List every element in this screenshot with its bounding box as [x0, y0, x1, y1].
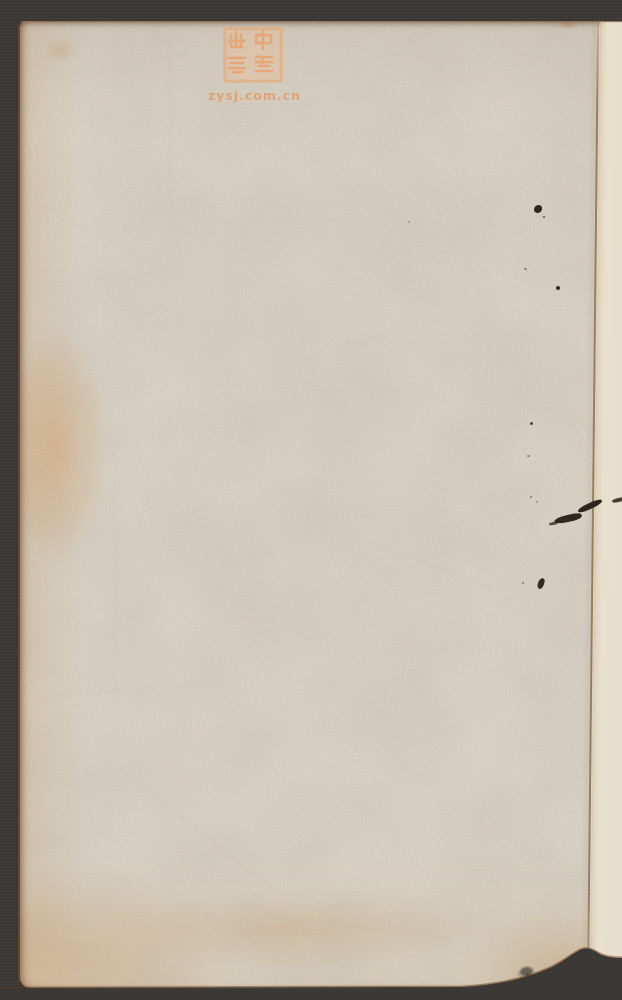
page-bottom-edge	[0, 935, 622, 1000]
watermark: zysj.com.cn	[208, 27, 298, 103]
watermark-seal	[223, 27, 283, 83]
ink-speck	[543, 216, 545, 218]
ink-speck	[530, 496, 532, 498]
ink-speck	[530, 422, 533, 425]
paper-grain-texture	[20, 22, 622, 988]
book-page: zysj.com.cn	[18, 21, 622, 988]
ink-stroke	[554, 512, 583, 525]
ink-speck	[408, 221, 410, 223]
paper-crease	[120, 771, 280, 897]
paper-crease	[170, 32, 173, 232]
paper-crease	[76, 226, 194, 286]
ink-speck	[556, 286, 560, 290]
paper-crease	[115, 442, 118, 702]
paper-crease	[35, 684, 220, 700]
ink-speck	[524, 268, 527, 270]
seal-characters-icon	[223, 27, 283, 83]
paper-crease	[268, 318, 436, 372]
ink-speck	[534, 205, 542, 213]
ink-speck	[536, 501, 538, 503]
watermark-site-text: zysj.com.cn	[208, 88, 298, 103]
ink-speck	[522, 582, 524, 584]
paper-creases	[20, 22, 622, 988]
ink-speck	[536, 577, 545, 589]
paper-crease	[339, 532, 490, 590]
ink-speck	[527, 455, 530, 457]
